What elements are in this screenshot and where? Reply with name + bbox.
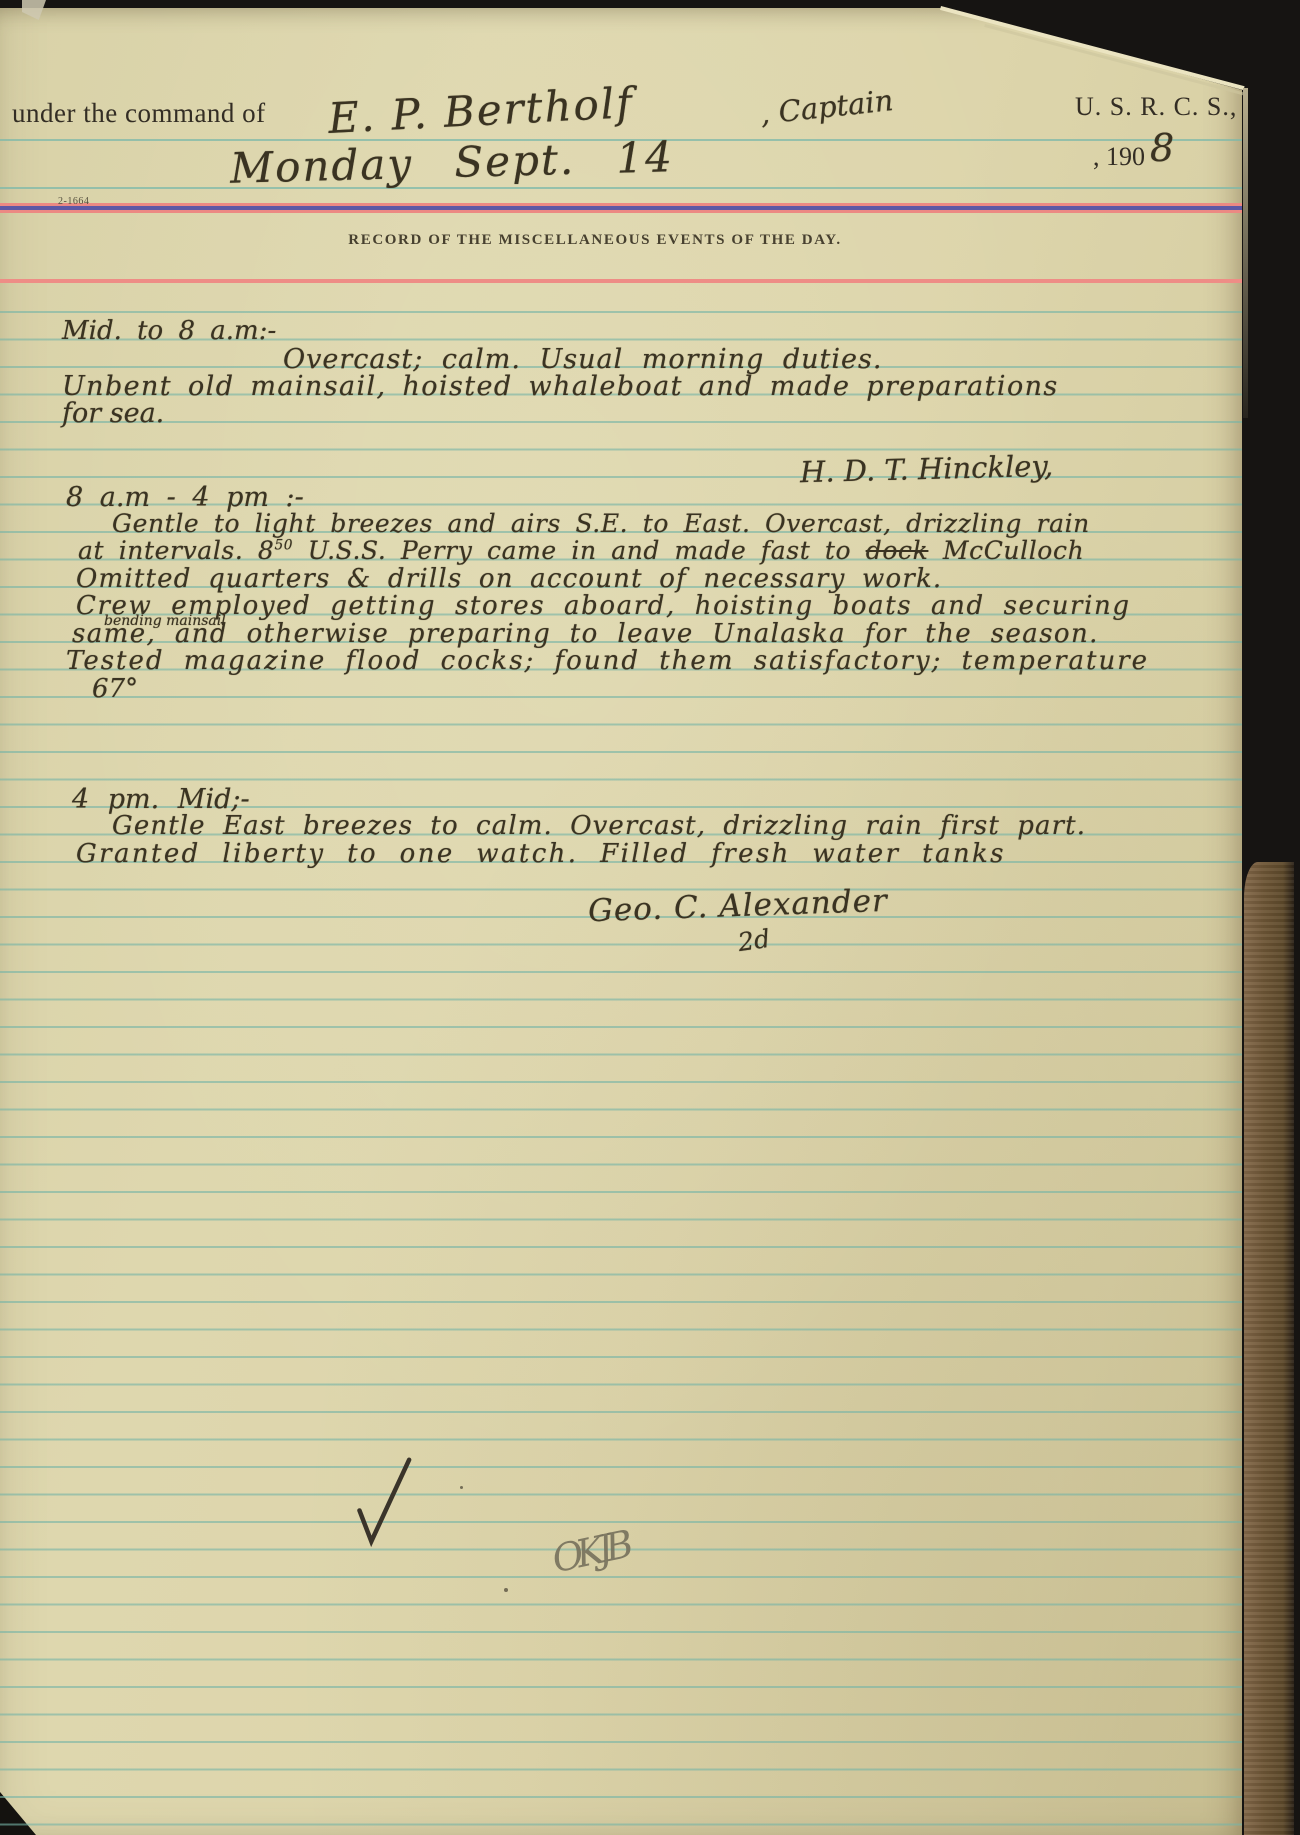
watch3-signature-rank: 2d [736, 924, 772, 957]
form-number: 2-1664 [58, 196, 89, 207]
printed-command-prefix: under the command of [12, 98, 266, 129]
handwritten-year-digit: 8 [1150, 126, 1174, 170]
watch1-heading: Mid. to 8 a.m:- [62, 316, 276, 346]
watch3-line1: Gentle East breezes to calm. Overcast, d… [112, 811, 1086, 841]
header-rule-2 [0, 187, 1242, 189]
watch2-line1: Gentle to light breezes and airs S.E. to… [112, 509, 1090, 538]
watch2-line4: Crew employed getting stores aboard, hoi… [76, 591, 1131, 621]
watch2-line2-mid: U.S.S. Perry came in and made fast to [293, 536, 866, 565]
printed-year: , 190 [1093, 142, 1145, 172]
watch2-line6: Tested magazine flood cocks; found them … [66, 646, 1149, 676]
watch3-line2: Granted liberty to one watch. Filled fre… [76, 839, 1006, 869]
watch2-line7-temperature: 67° [92, 674, 138, 704]
double-margin-rule [0, 203, 1242, 214]
watch2-line2-struck-word: dock [866, 536, 929, 565]
page-right-edge [1243, 88, 1248, 418]
watch2-line2-pre: at intervals. 8 [78, 536, 274, 565]
book-spine [1244, 862, 1294, 1835]
watch2-line2-post: McCulloch [928, 536, 1084, 565]
watch1-line2: Unbent old mainsail, hoisted whaleboat a… [62, 371, 1059, 402]
watch1-line3: for sea. [62, 398, 164, 429]
logbook-scan: { "document": { "form_number": "2-1664",… [0, 0, 1300, 1835]
watch2-line2: at intervals. 850 U.S.S. Perry came in a… [78, 536, 1084, 565]
ink-speck [504, 1588, 508, 1592]
watch2-line2-superscript: 50 [274, 538, 293, 554]
section-title: RECORD OF THE MISCELLANEOUS EVENTS OF TH… [0, 232, 1190, 249]
pink-rule [0, 279, 1242, 283]
printed-service-abbrev: U. S. R. C. S., [1075, 92, 1237, 122]
ink-checkmark-icon [346, 1450, 417, 1557]
ink-speck [460, 1486, 463, 1489]
watch1-signature: H. D. T. Hinckley, [800, 449, 1054, 490]
watch2-line3: Omitted quarters & drills on account of … [76, 564, 942, 594]
watch2-line5: same, and otherwise preparing to leave U… [72, 619, 1099, 649]
